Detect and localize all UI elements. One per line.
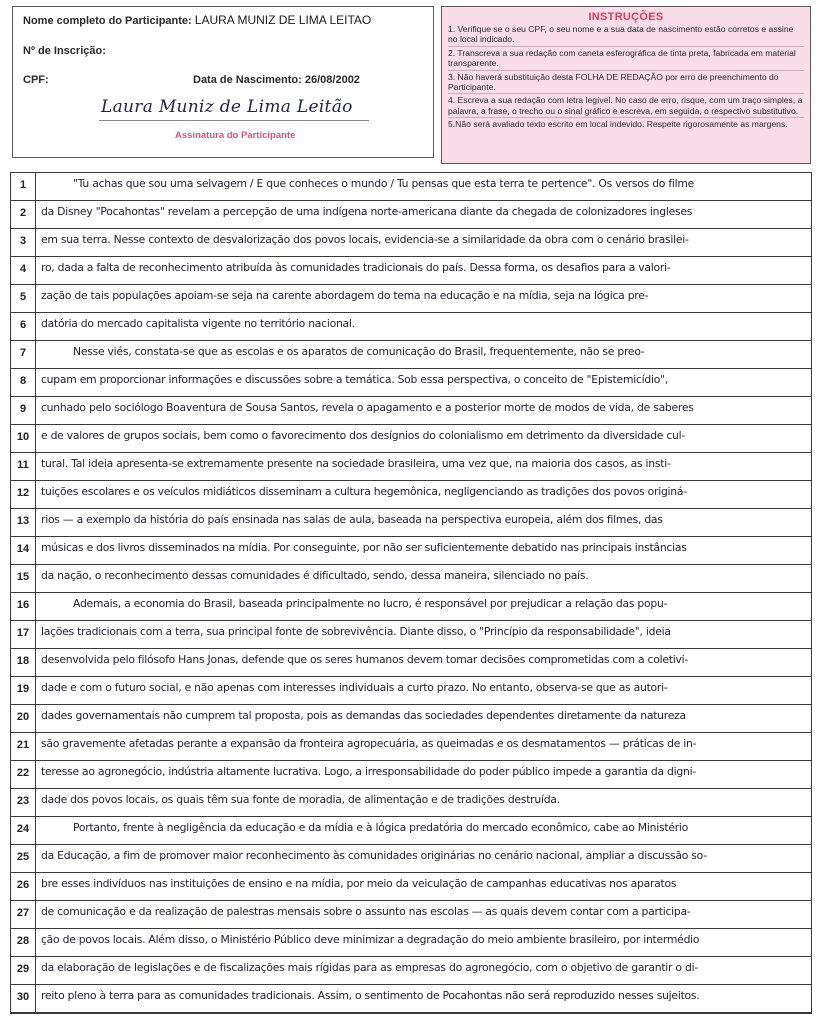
line-text: cupam em proporcionar informações e disc… <box>41 373 807 386</box>
line-number: 9 <box>11 403 35 415</box>
essay-line: 1"Tu achas que sou uma selvagem / E que … <box>11 173 811 201</box>
line-number: 15 <box>11 571 35 583</box>
essay-line: 27de comunicação e da realização de pale… <box>11 901 811 929</box>
inscricao-label: Nº de Inscrição: <box>23 45 106 57</box>
line-number: 24 <box>11 823 35 835</box>
line-text: dades governamentais não cumprem tal pro… <box>41 709 807 722</box>
line-number: 8 <box>11 375 35 387</box>
line-text: teresse ao agronegócio, indústria altame… <box>41 765 807 778</box>
instruction-item: 4. Escreva a sua redação com letra legív… <box>448 94 804 118</box>
instruction-item: 3. Não haverá substituição desta FOLHA D… <box>448 71 804 95</box>
essay-line: 12tuições escolares e os veículos midiát… <box>11 481 811 509</box>
instruction-item: 2. Transcreva a sua redação com caneta e… <box>448 47 804 71</box>
essay-line: 14músicas e dos livros disseminados na m… <box>11 537 811 565</box>
essay-line: 29da elaboração de legislações e de fisc… <box>11 957 811 985</box>
essay-line: 13rios — a exemplo da história do país e… <box>11 509 811 537</box>
line-number: 16 <box>11 599 35 611</box>
line-text: Portanto, frente à negligência da educaç… <box>73 821 807 834</box>
essay-line: 8cupam em proporcionar informações e dis… <box>11 369 811 397</box>
essay-line: 22teresse ao agronegócio, indústria alta… <box>11 761 811 789</box>
essay-line: 28ção de povos locais. Além disso, o Min… <box>11 929 811 957</box>
line-number: 22 <box>11 767 35 779</box>
participant-name-row: Nome completo do Participante: LAURA MUN… <box>23 13 371 27</box>
essay-line: 6datória do mercado capitalista vigente … <box>11 313 811 341</box>
line-number: 28 <box>11 935 35 947</box>
line-text: dade e com o futuro social, e não apenas… <box>41 681 807 694</box>
line-number: 13 <box>11 515 35 527</box>
line-number: 21 <box>11 739 35 751</box>
line-number: 27 <box>11 907 35 919</box>
essay-line: 15da nação, o reconhecimento dessas comu… <box>11 565 811 593</box>
line-text: músicas e dos livros disseminados na míd… <box>41 541 807 554</box>
instructions-box: INSTRUÇÕES 1. Verifique se o seu CPF, o … <box>441 6 811 164</box>
essay-line: 26bre esses indivíduos nas instituições … <box>11 873 811 901</box>
line-number: 6 <box>11 319 35 331</box>
line-text: e de valores de grupos sociais, bem como… <box>41 429 807 442</box>
line-text: da elaboração de legislações e de fiscal… <box>41 961 807 974</box>
line-text: em sua terra. Nesse contexto de desvalor… <box>41 233 807 246</box>
line-text: ção de povos locais. Além disso, o Minis… <box>41 933 807 946</box>
line-number: 4 <box>11 263 35 275</box>
line-number: 17 <box>11 627 35 639</box>
line-number: 30 <box>11 991 35 1003</box>
essay-line: 9cunhado pelo sociólogo Boaventura de So… <box>11 397 811 425</box>
line-text: zação de tais populações apoiam-se seja … <box>41 289 807 302</box>
essay-sheet: 1"Tu achas que sou uma selvagem / E que … <box>10 172 812 1014</box>
dob-label: Data de Nascimento: <box>193 74 302 86</box>
line-number: 19 <box>11 683 35 695</box>
participant-info-box: Nome completo do Participante: LAURA MUN… <box>12 6 434 158</box>
essay-line: 11tural. Tal ideia apresenta-se extremam… <box>11 453 811 481</box>
line-text: Ademais, a economia do Brasil, baseada p… <box>73 597 807 610</box>
line-number: 14 <box>11 543 35 555</box>
essay-line: 25da Educação, a fim de promover maior r… <box>11 845 811 873</box>
line-number: 20 <box>11 711 35 723</box>
essay-line: 19dade e com o futuro social, e não apen… <box>11 677 811 705</box>
line-number: 26 <box>11 879 35 891</box>
essay-line: 5zação de tais populações apoiam-se seja… <box>11 285 811 313</box>
line-number: 2 <box>11 207 35 219</box>
instruction-item: 1. Verifique se o seu CPF, o seu nome e … <box>448 23 804 47</box>
essay-line: 17lações tradicionais com a terra, sua p… <box>11 621 811 649</box>
line-text: da nação, o reconhecimento dessas comuni… <box>41 569 807 582</box>
cpf-label: CPF: <box>23 74 49 86</box>
essay-line: 24Portanto, frente à negligência da educ… <box>11 817 811 845</box>
line-number: 3 <box>11 235 35 247</box>
essay-line: 3em sua terra. Nesse contexto de desvalo… <box>11 229 811 257</box>
line-text: tuições escolares e os veículos midiátic… <box>41 485 807 498</box>
essay-line: 2da Disney "Pocahontas" revelam a percep… <box>11 201 811 229</box>
line-number: 7 <box>11 347 35 359</box>
line-number: 18 <box>11 655 35 667</box>
line-text: da Disney "Pocahontas" revelam a percepç… <box>41 205 807 218</box>
line-text: lações tradicionais com a terra, sua pri… <box>41 625 807 638</box>
essay-line: 20dades governamentais não cumprem tal p… <box>11 705 811 733</box>
line-text: são gravemente afetadas perante a expans… <box>41 737 807 750</box>
line-text: "Tu achas que sou uma selvagem / E que c… <box>73 177 807 190</box>
line-text: de comunicação e da realização de palest… <box>41 905 807 918</box>
line-text: dade dos povos locais, os quais têm sua … <box>41 793 807 806</box>
instructions-title: INSTRUÇÕES <box>448 11 804 23</box>
essay-line: 21são gravemente afetadas perante a expa… <box>11 733 811 761</box>
line-number: 11 <box>11 459 35 471</box>
essay-line: 18desenvolvida pelo filósofo Hans Jonas,… <box>11 649 811 677</box>
essay-line: 7Nesse viés, constata-se que as escolas … <box>11 341 811 369</box>
line-number: 5 <box>11 291 35 303</box>
line-number: 25 <box>11 851 35 863</box>
participant-signature: Laura Muniz de Lima Leitão <box>101 97 353 117</box>
line-number: 12 <box>11 487 35 499</box>
essay-line: 4ro, dada a falta de reconhecimento atri… <box>11 257 811 285</box>
participant-name-label: Nome completo do Participante: <box>23 15 192 27</box>
line-text: bre esses indivíduos nas instituições de… <box>41 877 807 890</box>
line-text: cunhado pelo sociólogo Boaventura de Sou… <box>41 401 807 414</box>
line-text: da Educação, a fim de promover maior rec… <box>41 849 807 862</box>
signature-line <box>99 120 369 121</box>
line-text: Nesse viés, constata-se que as escolas e… <box>73 345 807 358</box>
dob-value: 26/08/2002 <box>305 74 360 86</box>
date-of-birth-row: Data de Nascimento: 26/08/2002 <box>193 74 360 86</box>
line-text: desenvolvida pelo filósofo Hans Jonas, d… <box>41 653 807 666</box>
participant-name-value: LAURA MUNIZ DE LIMA LEITAO <box>195 13 371 27</box>
line-text: reito pleno à terra para as comunidades … <box>41 989 807 1002</box>
essay-line: 10e de valores de grupos sociais, bem co… <box>11 425 811 453</box>
line-text: datória do mercado capitalista vigente n… <box>41 317 807 330</box>
line-number: 23 <box>11 795 35 807</box>
essay-line: 23dade dos povos locais, os quais têm su… <box>11 789 811 817</box>
line-text: ro, dada a falta de reconhecimento atrib… <box>41 261 807 274</box>
line-number: 1 <box>11 179 35 191</box>
line-number: 29 <box>11 963 35 975</box>
essay-line: 16Ademais, a economia do Brasil, baseada… <box>11 593 811 621</box>
essay-line: 30reito pleno à terra para as comunidade… <box>11 985 811 1013</box>
line-text: tural. Tal ideia apresenta-se extremamen… <box>41 457 807 470</box>
line-text: rios — a exemplo da história do país ens… <box>41 513 807 526</box>
instruction-item: 5.Não será avaliado texto escrito em loc… <box>448 118 804 130</box>
signature-caption: Assinatura do Participante <box>175 130 295 141</box>
line-number: 10 <box>11 431 35 443</box>
